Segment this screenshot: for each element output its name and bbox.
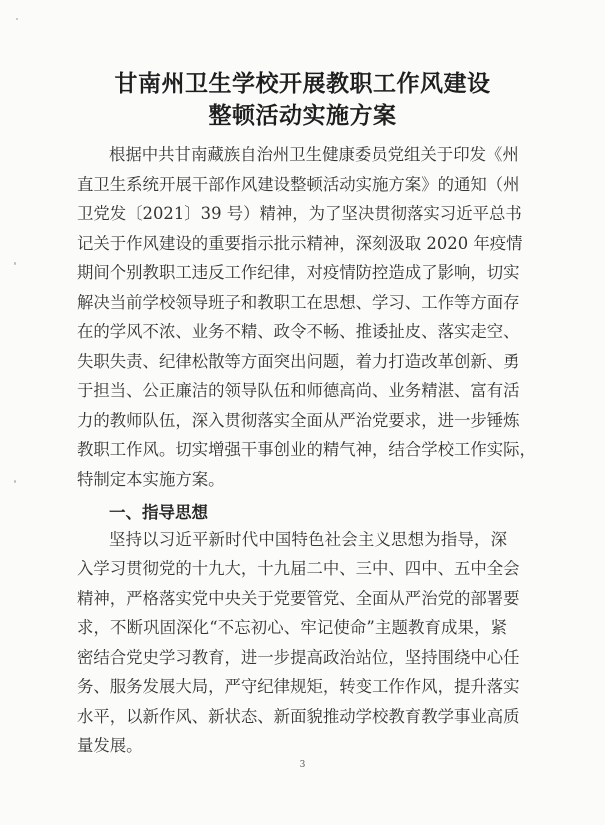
paragraph-line: 记关于作风建设的重要指示批示精神，深刻汲取 2020 年疫情 bbox=[77, 234, 507, 254]
document-page: 甘南州卫生学校开展教职工作风建设 整顿活动实施方案 根据中共甘南藏族自治州卫生健… bbox=[0, 0, 605, 825]
paragraph-line: 期间个别教职工违反工作纪律，对疫情防控造成了影响，切实 bbox=[77, 263, 507, 283]
scan-speck bbox=[14, 480, 16, 483]
paragraph-line: 入学习贯彻党的十九大，十九届二中、三中、四中、五中全会 bbox=[77, 559, 507, 579]
paragraph-line: 坚持以习近平新时代中国特色社会主义思想为指导，深 bbox=[109, 530, 507, 550]
paragraph-line: 教职工作风。切实增强干事创业的精气神，结合学校工作实际， bbox=[77, 440, 507, 460]
scan-speck bbox=[14, 262, 16, 265]
paragraph-line: 精神，严格落实党中央关于党要管党、全面从严治党的部署要 bbox=[77, 589, 507, 609]
paragraph-line: 解决当前学校领导班子和教职工在思想、学习、工作等方面存 bbox=[77, 293, 507, 313]
page-number: 3 bbox=[0, 760, 605, 770]
document-title-line-2: 整顿活动实施方案 bbox=[0, 97, 605, 130]
paragraph-line: 直卫生系统开展干部作风建设整顿活动实施方案》的通知（州 bbox=[77, 175, 507, 195]
paragraph-line: 卫党发〔2021〕39 号）精神，为了坚决贯彻落实习近平总书 bbox=[77, 204, 507, 224]
paragraph-line: 密结合党史学习教育，进一步提高政治站位，坚持围绕中心任 bbox=[77, 648, 507, 668]
section-heading: 一、指导思想 bbox=[109, 499, 208, 523]
paragraph-line: 水平，以新作风、新状态、新面貌推动学校教育教学事业高质 bbox=[77, 707, 507, 727]
paragraph-line: 量发展。 bbox=[77, 736, 507, 756]
paragraph-line: 在的学风不浓、业务不精、政令不畅、推诿扯皮、落实走空、 bbox=[77, 322, 507, 342]
paragraph-line: 求，不断巩固深化“不忘初心、牢记使命”主题教育成果，紧 bbox=[77, 618, 507, 638]
paragraph-line: 于担当、公正廉洁的领导队伍和师德高尚、业务精湛、富有活 bbox=[77, 381, 507, 401]
paragraph-line: 力的教师队伍，深入贯彻落实全面从严治党要求，进一步锤炼 bbox=[77, 411, 507, 431]
paragraph-line: 特制定本实施方案。 bbox=[77, 470, 507, 490]
scan-speck bbox=[16, 18, 18, 20]
paragraph-line: 根据中共甘南藏族自治州卫生健康委员党组关于印发《州 bbox=[109, 145, 507, 165]
paragraph-line: 失职失责、纪律松散等方面突出问题，着力打造改革创新、勇 bbox=[77, 352, 507, 372]
document-title-line-1: 甘南州卫生学校开展教职工作风建设 bbox=[0, 65, 605, 98]
paragraph-line: 务、服务发展大局，严守纪律规矩，转变工作作风，提升落实 bbox=[77, 677, 507, 697]
